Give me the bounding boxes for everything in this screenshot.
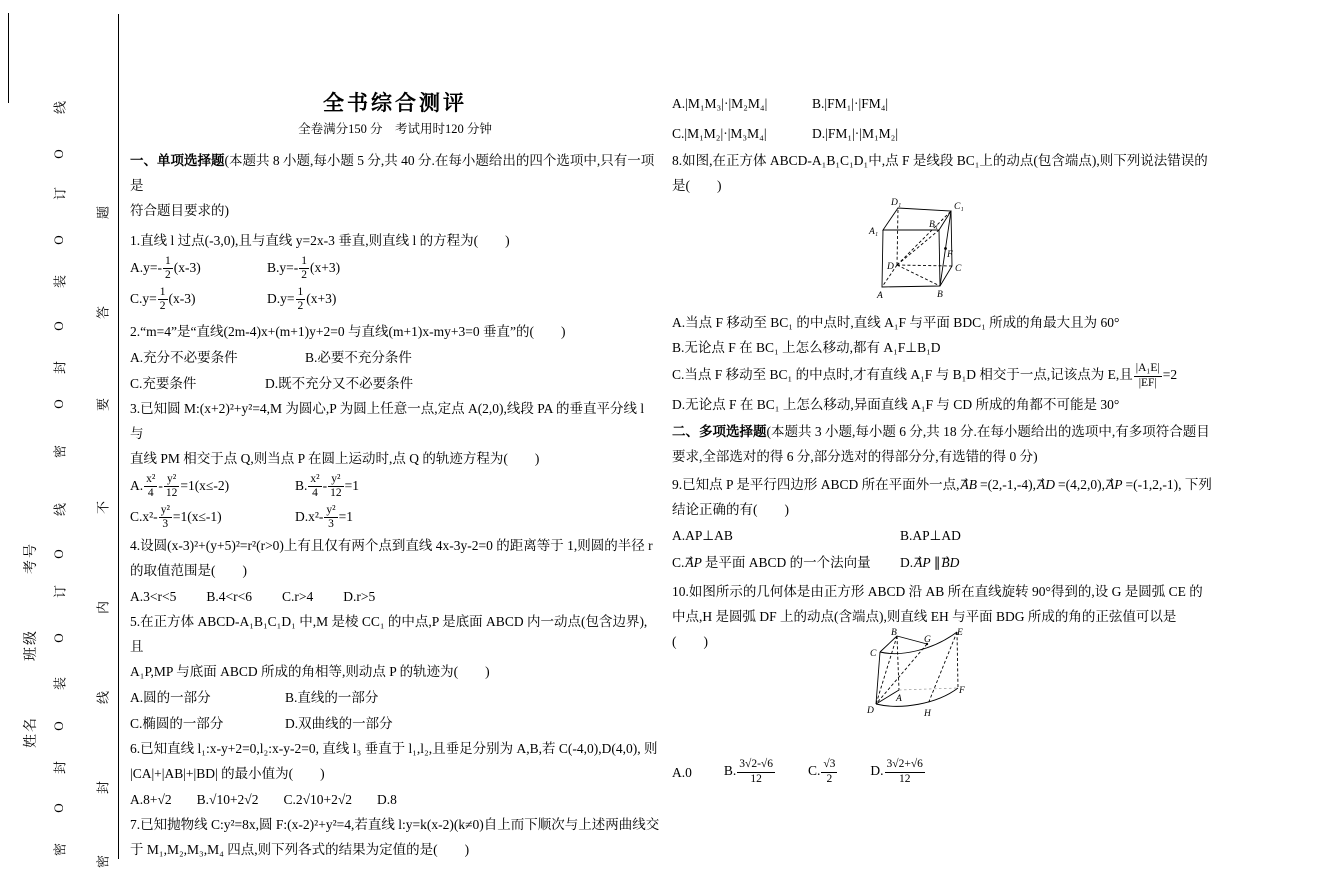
option-1c: C.y=12(x-3) [130,286,267,314]
seal-char: 装 [50,675,69,693]
vertex-label: F [958,686,965,696]
option-6c: C.2√10+2√2 [283,787,352,812]
fold-line [8,13,9,103]
section2-heading: 二、多项选择题(本题共 3 小题,每小题 6 分,共 18 分.在每小题给出的选… [672,419,1212,444]
question-6-options: A.8+√2 B.√10+2√2 C.2√10+2√2 D.8 [130,786,660,812]
question-5-stem-line1: 5.在正方体 ABCD-A₁B₁C₁D₁ 中,M 是棱 CC₁ 的中点,P 是底… [130,609,660,659]
seal-char: 订 [50,583,69,601]
option-2b: B.必要不充分条件 [305,345,412,370]
option-2c: C.充要条件 [130,371,265,396]
paper-subtitle: 全卷满分150 分 考试用时120 分钟 [130,119,660,140]
name-label: 姓名 [20,712,40,752]
vertex-label: E [956,628,963,638]
question-10-stem-line1: 10.如图所示的几何体是由正方形 ABCD 沿 AB 所在直线旋转 90°得到的… [672,579,1212,604]
option-4c: C.r>4 [282,584,313,609]
seal-char: O [51,145,67,163]
section2-heading-cont: 要求,全部选对的得 6 分,部分选对的得部分分,有选错的得 0 分) [672,444,1212,469]
option-3a: A.x²4-y²12=1(x≤-2) [130,473,295,501]
vertex-label: G [924,635,931,645]
seal-char: 线 [50,501,69,519]
question-10-options: A.0 B.3√2-√612 C.√32 D.3√2+√612 [672,754,1212,790]
question-2-stem: 2.“m=4”是“直线(2m-4)x+(m+1)y+2=0 与直线(m+1)x-… [130,319,660,344]
point-f-label: F [946,250,953,260]
option-5a: A.圆的一部分 [130,685,285,710]
option-9d: D.AP∥BD [900,550,962,575]
seal-char: 封 [50,359,69,377]
margin-warning-char: 要 [93,396,112,414]
vertex-label: C [870,649,877,659]
option-10b: B.3√2-√612 [724,758,776,786]
question-4-stem-line2: 的取值范围是( ) [130,558,660,583]
margin-warning-char: 线 [93,689,112,707]
option-7a: A.|M₁M₃|·|M₂M₄| [672,91,812,116]
option-6a: A.8+√2 [130,787,172,812]
option-9a: A.AP⊥AB [672,523,900,548]
question-1-options-row2: C.y=12(x-3) D.y=12(x+3) [130,284,660,315]
section1-title: 一、单项选择题 [130,153,225,168]
question-8-option-c: C.当点 F 移动至 BC₁ 的中点时,才有直线 A₁F 与 B₁D 相交于一点… [672,360,1212,392]
option-9b: B.AP⊥AD [900,523,961,548]
question-8-option-b: B.无论点 F 在 BC₁ 上怎么移动,都有 A₁F⊥B₁D [672,335,1212,360]
seal-char: 装 [50,273,69,291]
seal-char: O [51,231,67,249]
seal-char: 封 [50,759,69,777]
option-10c: C.√32 [808,758,838,786]
question-7-stem-line1: 7.已知抛物线 C:y²=8x,圆 F:(x-2)²+y²=4,若直线 l:y=… [130,812,660,837]
option-4a: A.3<r<5 [130,584,176,609]
question-3-options-row2: C.x²-y²3=1(x≤-1) D.x²-y²3=1 [130,502,660,533]
question-2-options-row1: A.充分不必要条件 B.必要不充分条件 [130,344,660,370]
seal-char: O [51,799,67,817]
margin-warning-char: 题 [93,204,112,222]
option-3b: B.x²4-y²12=1 [295,473,359,501]
question-3-options-row1: A.x²4-y²12=1(x≤-2) B.x²4-y²12=1 [130,471,660,502]
option-1a: A.y=-12(x-3) [130,255,267,283]
option-6d: D.8 [377,787,397,812]
option-6b: B.√10+2√2 [197,787,259,812]
vertex-label: A [876,291,883,301]
option-1b: B.y=-12(x+3) [267,255,340,283]
seal-char: 密 [50,443,69,461]
question-5-options-row1: A.圆的一部分 B.直线的一部分 [130,684,660,710]
seal-divider-line [118,14,119,859]
vertex-label: C [955,264,962,274]
seal-char: O [51,395,67,413]
question-5-stem-line2: A₁P,MP 与底面 ABCD 所成的角相等,则动点 P 的轨迹为( ) [130,659,660,684]
paper-title: 全书综合测评 [130,88,660,118]
question-9-stem-line2: 结论正确的有( ) [672,497,1212,522]
seal-char: 线 [50,99,69,117]
option-1d: D.y=12(x+3) [267,286,336,314]
option-10a: A.0 [672,760,692,785]
option-7c: C.|M₁M₂|·|M₃M₄| [672,121,812,146]
option-9c: C.AP是平面 ABCD 的一个法向量 [672,550,900,575]
option-3c: C.x²-y²3=1(x≤-1) [130,504,295,532]
margin-warning-char: 答 [93,304,112,322]
margin-warning-char: 密 [93,853,112,871]
vertex-label: C₁ [954,202,964,212]
exam-page: 考号 班级 姓名 线 O 订 O 装 O 封 O 密 线 O 订 O 装 O 封… [0,0,1321,878]
left-column: 全书综合测评 全卷满分150 分 考试用时120 分钟 一、单项选择题(本题共 … [130,85,660,862]
cube-figure-svg: D₁ C₁ A₁ B₁ D C A B F [858,196,976,306]
section1-heading-cont: 符合题目要求的) [130,198,660,223]
section2-desc: (本题共 3 小题,每小题 6 分,共 18 分.在每小题给出的选项中,有多项符… [767,424,1210,439]
question-9-stem-line1: 9.已知点 P 是平行四边形 ABCD 所在平面外一点,AB=(2,-1,-4)… [672,472,1212,497]
question-5-options-row2: C.椭圆的一部分 D.双曲线的一部分 [130,710,660,736]
question-4-options: A.3<r<5 B.4<r<6 C.r>4 D.r>5 [130,583,660,609]
question-1-stem: 1.直线 l 过点(-3,0),且与直线 y=2x-3 垂直,则直线 l 的方程… [130,228,660,253]
margin-warning-char: 封 [93,779,112,797]
option-4b: B.4<r<6 [206,584,252,609]
vertex-label: H [923,709,932,719]
option-3d: D.x²-y²3=1 [295,504,353,532]
question-9-options-row1: A.AP⊥AB B.AP⊥AD [672,522,1212,548]
vertex-label: B [891,628,897,638]
vertex-label: A₁ [868,227,878,237]
rotation-solid-svg: B G E C A F D H [853,626,971,744]
vertex-label: D [866,706,874,716]
option-5c: C.椭圆的一部分 [130,711,285,736]
exam-number-label: 考号 [20,538,40,578]
option-8c: C.当点 F 移动至 BC₁ 的中点时,才有直线 A₁F 与 B₁D 相交于一点… [672,362,1177,390]
seal-char: 密 [50,841,69,859]
seal-char: O [51,545,67,563]
section2-title: 二、多项选择题 [672,424,767,439]
vertex-label: D [886,262,894,272]
question-3-stem-line1: 3.已知圆 M:(x+2)²+y²=4,M 为圆心,P 为圆上任意一点,定点 A… [130,396,660,446]
question-7-options-row2: C.|M₁M₂|·|M₃M₄| D.|FM₁|·|M₁M₂| [672,118,1212,148]
question-2-options-row2: C.充要条件 D.既不充分又不必要条件 [130,370,660,396]
rotation-solid-figure: B G E C A F D H [853,626,971,749]
option-2a: A.充分不必要条件 [130,345,305,370]
option-7b: B.|FM₁|·|FM₄| [812,91,888,116]
vertex-label: B₁ [929,220,938,230]
seal-char: O [51,717,67,735]
margin-warning-char: 内 [93,599,112,617]
seal-char: O [51,629,67,647]
section1-heading: 一、单项选择题(本题共 8 小题,每小题 5 分,共 40 分.在每小题给出的四… [130,148,660,198]
option-10d: D.3√2+√612 [870,758,925,786]
option-5b: B.直线的一部分 [285,685,378,710]
class-label: 班级 [20,625,40,665]
seal-char: 订 [50,185,69,203]
question-7-options-row1: A.|M₁M₃|·|M₂M₄| B.|FM₁|·|FM₄| [672,88,1212,118]
vertex-label: A [895,694,902,704]
question-4-stem-line1: 4.设圆(x-3)²+(y+5)²=r²(r>0)上有且仅有两个点到直线 4x-… [130,533,660,558]
margin-warning-char: 不 [93,499,112,517]
question-8-option-a: A.当点 F 移动至 BC₁ 的中点时,直线 A₁F 与平面 BDC₁ 所成的角… [672,310,1212,335]
question-8-stem-line1: 8.如图,在正方体 ABCD-A₁B₁C₁D₁中,点 F 是线段 BC₁上的动点… [672,148,1212,173]
option-7d: D.|FM₁|·|M₁M₂| [812,121,898,146]
question-8-option-d: D.无论点 F 在 BC₁ 上怎么移动,异面直线 A₁F 与 CD 所成的角都不… [672,392,1212,417]
seal-char: O [51,317,67,335]
vertex-label: D₁ [890,198,901,208]
question-8-stem-line2: 是( ) [672,173,1212,198]
question-7-stem-line2: 于 M₁,M₂,M₃,M₄ 四点,则下列各式的结果为定值的是( ) [130,837,660,862]
question-9-options-row2: C.AP是平面 ABCD 的一个法向量 D.AP∥BD [672,548,1212,576]
option-5d: D.双曲线的一部分 [285,711,393,736]
question-6-stem-line1: 6.已知直线 l₁:x-y+2=0,l₂:x-y-2=0, 直线 l₃ 垂直于 … [130,736,660,761]
option-4d: D.r>5 [343,584,375,609]
question-3-stem-line2: 直线 PM 相交于点 Q,则当点 P 在圆上运动时,点 Q 的轨迹方程为( ) [130,446,660,471]
question-1-options-row1: A.y=-12(x-3) B.y=-12(x+3) [130,253,660,284]
question-6-stem-line2: |CA|+|AB|+|BD| 的最小值为( ) [130,761,660,786]
option-2d: D.既不充分又不必要条件 [265,371,413,396]
vertex-label: B [937,290,943,300]
cube-figure: D₁ C₁ A₁ B₁ D C A B F [858,196,976,311]
